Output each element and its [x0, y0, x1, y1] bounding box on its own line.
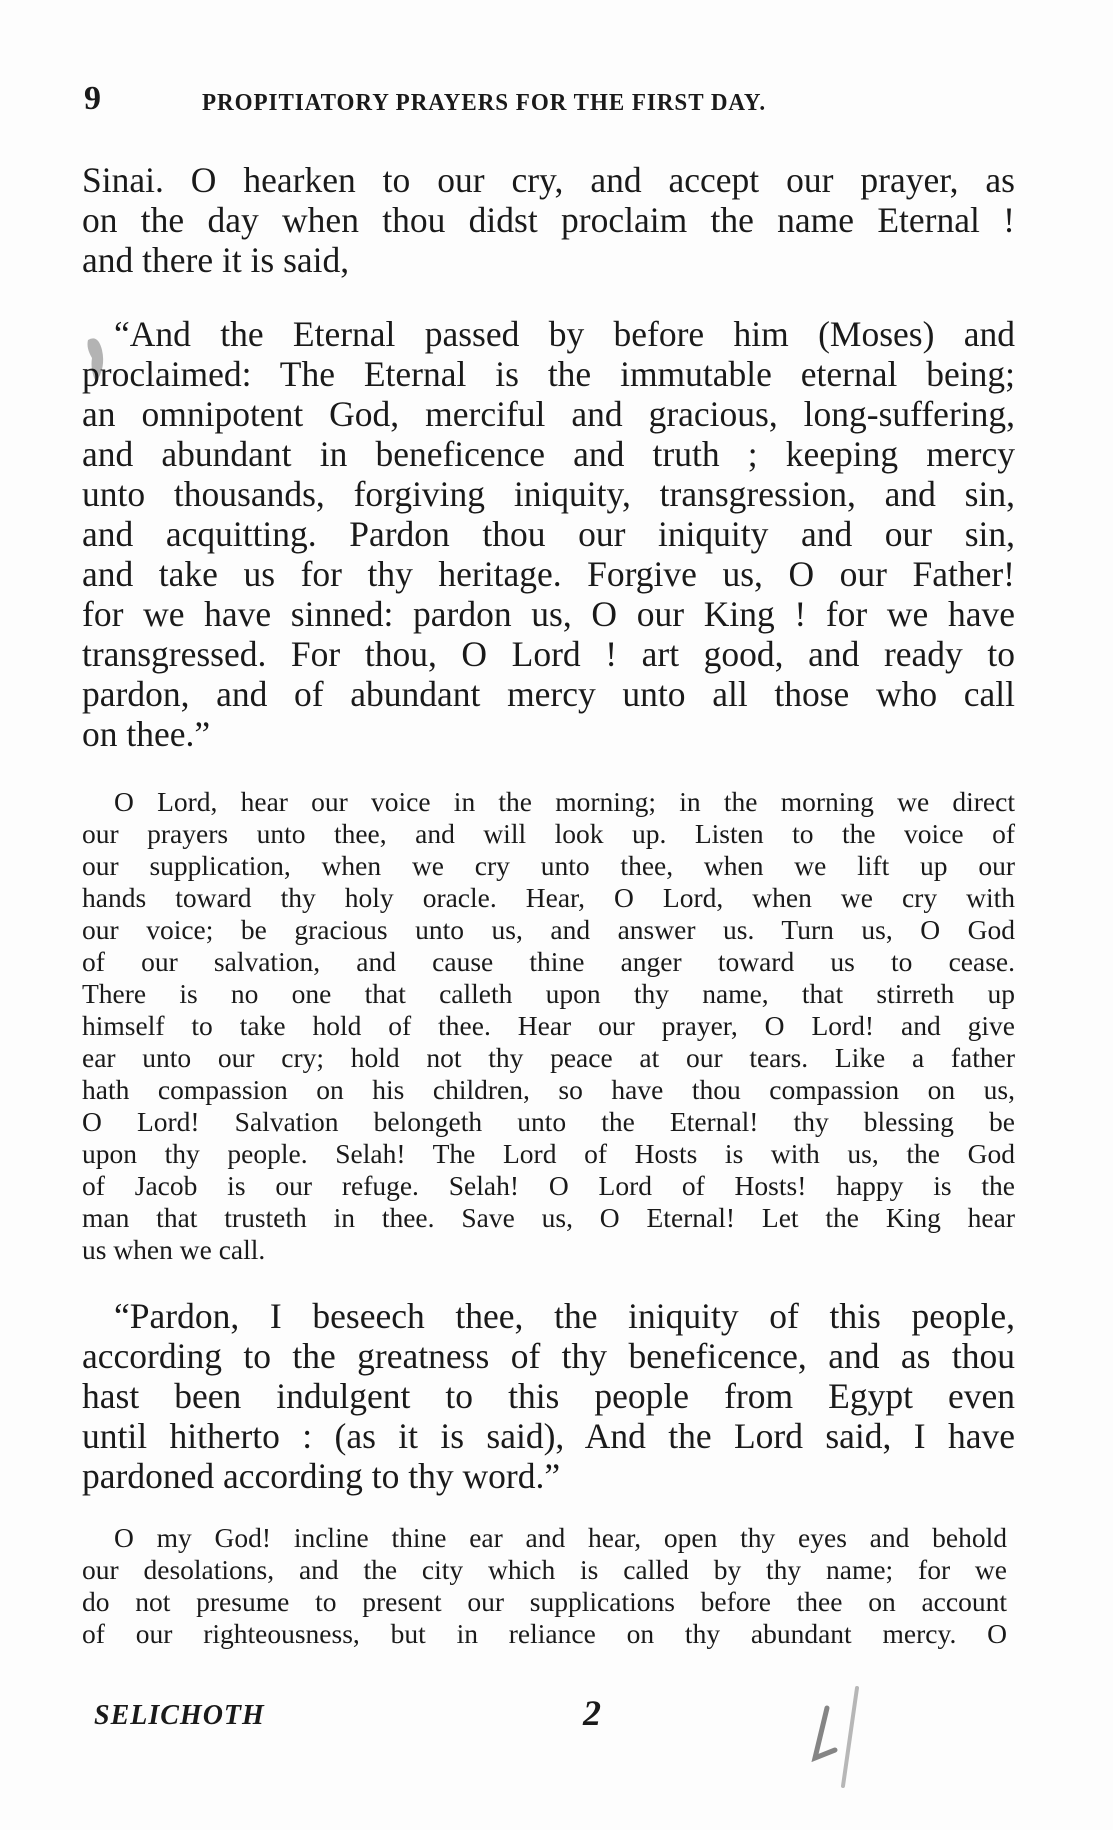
text-line: of our righteousness, but in reliance on… [82, 1618, 1007, 1650]
text-line: “And the Eternal passed by before him (M… [82, 314, 1015, 354]
text-line: proclaimed: The Eternal is the immutable… [82, 354, 1015, 394]
text-line: unto thousands, forgiving iniquity, tran… [82, 474, 1015, 514]
text-line: our voice; be gracious unto us, and answ… [82, 914, 1015, 946]
text-line: according to the greatness of thy benefi… [82, 1336, 1015, 1376]
text-line: on the day when thou didst proclaim the … [82, 200, 1015, 240]
text-line: and take us for thy heritage. Forgive us… [82, 554, 1015, 594]
text-line: our prayers unto thee, and will look up.… [82, 818, 1015, 850]
text-line: O Lord! Salvation belongeth unto the Ete… [82, 1106, 1015, 1138]
signature-mark: SELICHOTH [94, 1700, 265, 1732]
text-line: on thee.” [82, 714, 1015, 754]
paragraph-4-quotation: “Pardon, I beseech thee, the iniquity of… [82, 1296, 1015, 1496]
text-line: of our salvation, and cause thine anger … [82, 946, 1015, 978]
text-line: until hitherto : (as it is said), And th… [82, 1416, 1015, 1456]
text-line: O Lord, hear our voice in the morning; i… [82, 786, 1015, 818]
signature-number: 2 [583, 1692, 601, 1734]
page-header: 9 PROPITIATORY PRAYERS FOR THE FIRST DAY… [84, 80, 1014, 120]
text-line: himself to take hold of thee. Hear our p… [82, 1010, 1015, 1042]
text-line: man that trusteth in thee. Save us, O Et… [82, 1202, 1015, 1234]
paragraph-5: O my God! incline thine ear and hear, op… [82, 1522, 1007, 1650]
text-line: and abundant in beneficence and truth ; … [82, 434, 1015, 474]
page-number: 9 [84, 80, 101, 118]
running-title: PROPITIATORY PRAYERS FOR THE FIRST DAY. [202, 90, 766, 117]
text-line: pardoned according to thy word.” [82, 1456, 1015, 1496]
text-line: There is no one that calleth upon thy na… [82, 978, 1015, 1010]
text-line: transgressed. For thou, O Lord ! art goo… [82, 634, 1015, 674]
paragraph-1: Sinai. O hearken to our cry, and accept … [82, 160, 1015, 280]
text-line: pardon, and of abundant mercy unto all t… [82, 674, 1015, 714]
text-line: us when we call. [82, 1234, 1015, 1266]
text-line: of Jacob is our refuge. Selah! O Lord of… [82, 1170, 1015, 1202]
book-page: 9 PROPITIATORY PRAYERS FOR THE FIRST DAY… [0, 0, 1113, 1830]
text-line: do not presume to present our supplicati… [82, 1586, 1007, 1618]
text-line: “Pardon, I beseech thee, the iniquity of… [82, 1296, 1015, 1336]
text-line: hands toward thy holy oracle. Hear, O Lo… [82, 882, 1015, 914]
text-line: O my God! incline thine ear and hear, op… [82, 1522, 1007, 1554]
paragraph-2-quotation: “And the Eternal passed by before him (M… [82, 314, 1015, 754]
paragraph-3: O Lord, hear our voice in the morning; i… [82, 786, 1015, 1266]
text-line: hast been indulgent to this people from … [82, 1376, 1015, 1416]
text-line: our desolations, and the city which is c… [82, 1554, 1007, 1586]
text-line: hath compassion on his children, so have… [82, 1074, 1015, 1106]
text-line: Sinai. O hearken to our cry, and accept … [82, 160, 1015, 200]
text-line: our supplication, when we cry unto thee,… [82, 850, 1015, 882]
text-line: for we have sinned: pardon us, O our Kin… [82, 594, 1015, 634]
text-line: ear unto our cry; hold not thy peace at … [82, 1042, 1015, 1074]
text-line: upon thy people. Selah! The Lord of Host… [82, 1138, 1015, 1170]
text-line: and there it is said, [82, 240, 1015, 280]
text-line: and acquitting. Pardon thou our iniquity… [82, 514, 1015, 554]
pencil-annotation-icon [805, 1680, 885, 1790]
text-line: an omnipotent God, merciful and gracious… [82, 394, 1015, 434]
